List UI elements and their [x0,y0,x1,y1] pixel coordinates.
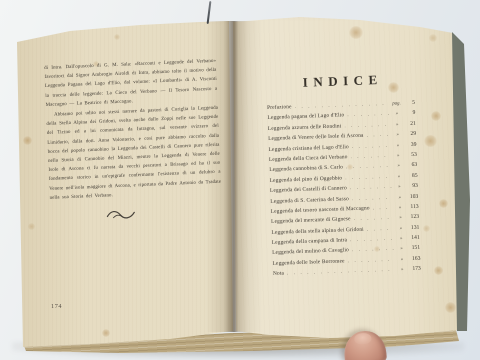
toc-entry: Leggenda del mulino di Cavaglio.........… [272,245,420,261]
foxing-spot [429,34,437,42]
toc-page-number: 163 [406,256,420,262]
foxing-spot [374,246,380,252]
toc-list: Prefazione..................pag.5Leggend… [267,100,421,282]
toc-page-number: 9 [401,110,415,116]
toc-page-prefix: » [397,257,406,262]
toc-leader-dots: .................. [350,154,391,160]
toc-title: INDICE [266,71,414,92]
toc-page-prefix: » [395,184,404,189]
foxing-spot [439,199,448,208]
toc-entry: Leggenda pagana del Lago d'Elio.........… [267,110,415,126]
foxing-spot [23,136,32,145]
toc-entry-label: Leggenda cannobina di S. Carlo [269,165,343,174]
toc-entry-label: Nota [273,271,284,277]
foxing-spot [347,164,353,170]
toc-entry: Leggenda delle Isole Borromee...........… [272,256,420,272]
toc-page-prefix: » [398,267,407,272]
toc-page-number: 39 [402,141,416,147]
foxing-spot [114,34,120,40]
toc-leader-dots: .................. [347,112,389,118]
toc-entry: Leggenda azzurra delle Rondini..........… [268,121,416,137]
toc-page-number: 21 [402,121,416,127]
toc-entry-label: Leggenda del pino di Oggebbio [270,175,343,184]
toc-page-prefix: » [395,195,404,200]
toc-leader-dots: .................. [344,122,390,129]
toc-entry-label: Leggenda del tesoro nascosto di Maccagno [271,205,370,214]
toc-page-number: 131 [405,224,419,230]
foxing-spot [423,225,430,232]
toc-entry: Leggenda cannobina di S. Carlo..........… [269,162,417,178]
toc-entry: Nota..................»173 [273,266,421,282]
toc-page-prefix: » [394,164,403,169]
toc-page-prefix: » [396,216,405,221]
toc-entry: Leggenda della Cieca del Verbano........… [269,152,417,168]
toc-page-number: 63 [403,162,417,168]
toc-leader-dots: .................. [350,185,392,191]
toc-leader-dots: .................. [287,268,395,277]
toc-page-number: 113 [405,204,419,210]
toc-entry-label: Leggenda cristiana del Lago d'Elio [268,144,348,153]
toc-page-prefix: » [394,153,403,158]
toc-page-prefix: » [396,205,405,210]
book-photo-scene: di Intra. Dall'opuscolo di G. M. Sala: «… [0,0,480,360]
toc-page-number: 123 [405,214,419,220]
toc-entry: Leggenda della stella alpina dei Gridoni… [271,224,419,240]
toc-entry-label: Leggenda del mercante di Gignese [271,216,351,225]
foxing-spot [445,302,456,313]
toc-entry-label: Leggenda delle Isole Borromee [272,258,344,267]
table-of-contents: INDICE Prefazione..................pag.5… [266,71,421,282]
toc-entry: Leggenda di S. Caterina del Sasso.......… [270,193,418,209]
toc-page-number: 141 [406,235,420,241]
swung-dash-ornament-icon [106,203,223,226]
paragraph: di Intra. Dall'opuscolo di G. M. Sala: «… [44,57,218,110]
toc-page-number: 85 [403,173,417,179]
toc-entry: Prefazione..................pag.5 [267,100,415,116]
left-page-text: di Intra. Dall'opuscolo di G. M. Sala: «… [44,57,223,228]
toc-leader-dots: .................. [348,257,395,264]
toc-leader-dots: .................. [354,216,394,222]
foxing-spot [102,329,110,337]
toc-entry-label: Leggenda di Venere delle Isole di Ascona [268,133,364,142]
toc-entry-label: Leggenda dei Castelli di Cannero [270,185,347,194]
toc-page-prefix: » [393,143,402,148]
toc-entry: Leggenda di Venere delle Isole di Ascona… [268,131,416,147]
toc-page-prefix: » [393,122,402,127]
toc-page-prefix: » [393,132,402,137]
toc-page-number: 103 [404,193,418,199]
bookmark-thread [207,1,212,24]
foxing-spot [349,26,363,39]
toc-page-number: 53 [403,152,417,158]
toc-leader-dots: .................. [366,133,390,139]
toc-leader-dots: .................. [367,226,394,232]
toc-entry: Leggenda cristiana del Lago d'Elio......… [268,141,416,157]
toc-leader-dots: .................. [352,195,393,201]
toc-page-prefix: » [392,112,401,117]
toc-page-prefix: pag. [392,101,401,106]
toc-page-number: 173 [407,266,421,272]
toc-entry-label: Leggenda della Cieca del Verbano [269,154,348,163]
toc-entry-label: Leggenda della campana di Intra [272,237,347,246]
toc-entry-label: Prefazione [267,104,292,111]
foxing-spot [434,266,443,275]
page-number-folio: 174 [51,303,62,310]
toc-entry: Leggenda del pino di Oggebbio...........… [270,173,418,189]
foxing-spot [93,61,99,67]
toc-page-prefix: » [397,247,406,252]
toc-leader-dots: .................. [345,174,392,181]
toc-entry: Leggenda dei Castelli di Cannero........… [270,183,418,199]
thumbnail-nail [354,333,372,345]
foxing-spot [28,223,35,230]
toc-entry-label: Leggenda azzurra delle Rondini [268,123,342,132]
toc-page-number: 93 [404,183,418,189]
toc-entry-label: Leggenda pagana del Lago d'Elio [267,113,344,122]
toc-leader-dots: .................. [352,143,391,149]
foxing-spot [424,135,437,147]
toc-entry-label: Leggenda di S. Caterina del Sasso [270,196,349,205]
toc-leader-dots: .................. [373,206,393,212]
toc-leader-dots: .................. [352,247,394,253]
toc-leader-dots: .................. [295,102,390,110]
paragraph: Abbiamo poi udito noi stessi narrare da … [46,104,222,203]
toc-page-number: 151 [406,245,420,251]
toc-entry: Leggenda della campana di Intra.........… [272,235,420,251]
toc-page-prefix: » [397,236,406,241]
toc-entry: Leggenda del tesoro nascosto di Maccagno… [271,204,419,220]
foxing-spot [388,82,399,93]
toc-page-prefix: » [396,226,405,231]
toc-page-prefix: » [395,174,404,179]
toc-entry: Leggenda del mercante di Gignese........… [271,214,419,230]
toc-entry-label: Leggenda del mulino di Cavaglio [272,248,349,257]
toc-leader-dots: .................. [350,237,394,244]
toc-leader-dots: .................. [346,164,391,171]
toc-page-number: 5 [401,100,415,106]
toc-entry-label: Leggenda della stella alpina dei Gridoni [271,226,364,235]
foxing-spot [431,111,441,121]
toc-page-number: 29 [402,131,416,137]
